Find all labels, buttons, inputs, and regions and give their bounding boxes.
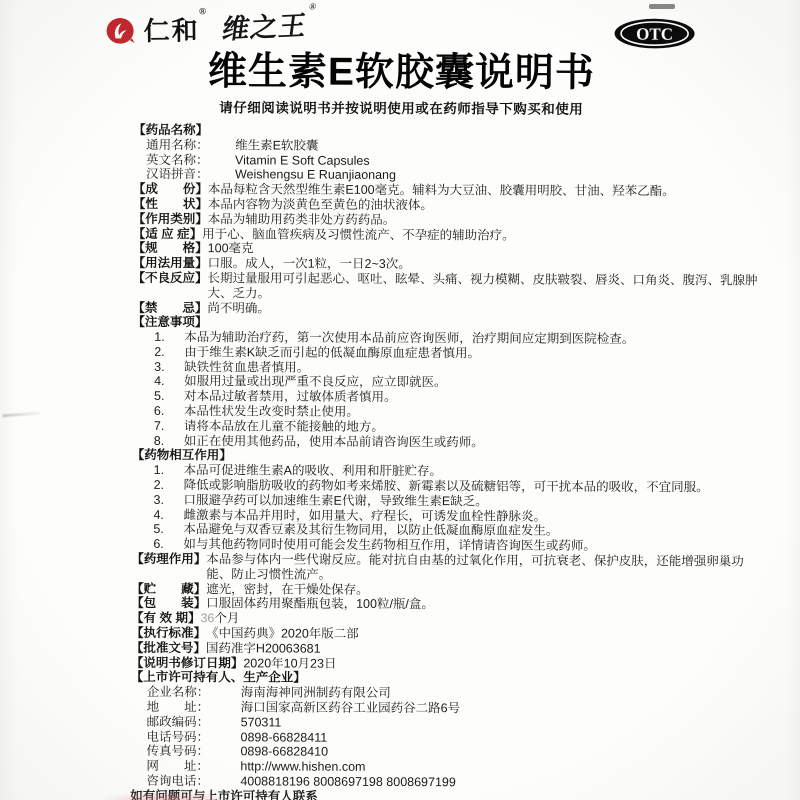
item-number: 4. [154,374,184,389]
line-text: http://www.hishen.com [240,760,365,775]
item-number: 3. [154,360,184,375]
item-number: 7. [154,419,184,434]
section-label: 【不良反应】 [132,271,207,286]
line-text: 100毫克 [208,241,254,256]
dim-text: 36 [200,611,214,626]
line-text: 尚不明确。 [207,301,270,316]
field-key: 网 址： [146,759,240,774]
item-number: 4. [153,508,183,523]
line-text: 海口国家高新区药谷工业园药谷二路6号 [241,700,461,716]
brand-weizhiwang-label: 维之王® [220,12,316,43]
section-label: 【适 应 症】 [133,226,203,241]
line-text: 口服固体药用聚酯瓶包装，100粒/瓶/盒。 [206,597,434,613]
line-text: 由于维生素K缺乏而引起的低凝血酶原血症患者慎用。 [184,345,480,361]
insert-sheet: 仁和® 维之王® OTC 维生素E软胶囊说明书 请仔细阅读说明书并按说明使用或在… [0,0,800,800]
section-label: 【包 装】 [131,596,206,611]
line-text: Weishengsu E Ruanjiaonang [235,168,396,183]
line-text: 如有问题可与上市许可持有人联系 [130,789,318,800]
section-label: 【药物相互作用】 [132,448,232,463]
line-text: 本品可促进维生素A的吸收、利用和肝脏贮存。 [184,463,442,479]
item-number: 1. [154,463,184,478]
item-number: 6. [154,404,184,419]
line-text: 本品为辅助用药类非处方药药品。 [208,212,396,228]
item-number: 3. [154,493,184,508]
section-label: 【性 状】 [133,197,208,212]
field-key: 地 址： [147,700,241,715]
page-title: 维生素E软胶囊说明书 [1,51,800,95]
field-key: 通用名称： [146,138,235,153]
line-text: 如服用过量或出现严重不良反应，应立即就医。 [184,375,447,391]
item-number: 6. [153,537,183,552]
item-number: 2. [154,345,184,360]
section-label: 【用法用量】 [133,256,208,271]
line-text: 个月 [214,611,239,626]
line-text: 用于心、脑血管疾病及习惯性流产、不孕症的辅助治疗。 [202,227,515,243]
field-key: 汉语拼音： [146,167,235,182]
line-text: 国药准字H20063681 [206,641,321,656]
field-key: 咨询电话： [146,774,240,789]
line-text: 本品性状发生改变时禁止使用。 [184,404,359,420]
otc-badge: OTC [614,18,696,49]
field-key: 邮政编码： [147,715,241,730]
line-text: 口服避孕药可以加速维生素E代谢，导致维生素E缺乏。 [184,493,488,509]
field-key: 英文名称： [146,152,235,167]
registered-mark-icon: ® [308,1,317,11]
section-label: 【执行标准】 [131,626,206,641]
item-number: 1. [154,330,184,345]
line-text: 海南海神同洲制药有限公司 [241,686,391,701]
item-number: 5. [154,389,184,404]
page-subtitle: 请仔细阅读说明书并按说明使用或在药师指导下购买和使用 [1,95,800,118]
section-label: 【注意事项】 [132,315,207,330]
section-label: 【作用类别】 [133,212,208,227]
field-key: 传真号码： [146,744,240,759]
insert-line-bold: 如有问题可与上市许可持有人联系 [130,789,760,800]
line-text: 570311 [241,715,282,730]
section-label: 【药理作用】 [131,552,206,567]
section-label: 【批准文号】 [131,641,206,656]
insert-lines: 【药品名称】通用名称：维生素E软胶囊英文名称：Vitamin E Soft Ca… [130,123,763,800]
line-text: 《中国药典》2020年版二部 [206,626,359,641]
insert-line-item: 8.如正在使用其他药品，使用本品前请咨询医生或药师。 [154,434,762,451]
line-text: 维生素E软胶囊 [235,138,318,153]
line-text: 2020年10月23日 [243,656,336,671]
section-label: 【成 份】 [133,182,208,197]
section-label: 【药品名称】 [133,123,208,138]
line-text: 本品内容物为淡黄色至黄色的油状液体。 [208,197,433,213]
section-label: 【禁 忌】 [132,300,207,315]
line-text: Vitamin E Soft Capsules [235,153,370,168]
section-label: 【上市许可持有人、生产企业】 [131,670,306,686]
line-text: 长期过量服用可引起恶心、呕吐、眩晕、头痛、视力模糊、皮肤皲裂、唇炎、口角炎、腹泻… [207,271,762,303]
registered-mark-icon: ® [199,6,208,16]
brand-logos: 仁和® 维之王® [105,15,314,47]
item-number: 2. [154,478,184,493]
otc-label: OTC [636,25,673,44]
section-label: 【有 效 期】 [131,611,201,626]
line-text: 请将本品放在儿童不能接触的地方。 [184,419,384,435]
renhe-logo-icon [105,17,137,46]
section-label: 【贮 藏】 [131,581,206,596]
field-key: 电话号码： [146,730,240,745]
item-number: 5. [153,522,183,537]
line-text: 0898-66828410 [240,745,328,760]
section-label: 【规 格】 [133,241,208,256]
brand-renhe-label: 仁和® [143,17,208,44]
section-label: 【说明书修订日期】 [131,655,244,670]
package-insert-scan: { "header": { "brand_renhe": "仁和", "bran… [0,0,800,800]
line-text: 口服。成人，一次1粒，一日2~3次。 [208,256,411,272]
item-number: 8. [154,434,184,449]
line-text: 对本品过敏者禁用，过敏体质者慎用。 [184,389,397,405]
line-text: 缺铁性贫血患者慎用。 [184,360,309,375]
line-text: 4008818196 8008697198 8008697199 [240,774,456,790]
insert-line-section: 【禁 忌】尚不明确。 [132,300,762,318]
line-text: 本品参与体内一些代谢反应。能对抗自由基的过氧化作用，可抗衰老、保护皮肤，还能增强… [206,552,761,584]
insert-line-section: 【不良反应】长期过量服用可引起恶心、呕吐、眩晕、头痛、视力模糊、皮肤皲裂、唇炎、… [132,271,762,303]
insert-line-section: 【药理作用】本品参与体内一些代谢反应。能对抗自由基的过氧化作用，可抗衰老、保护皮… [131,552,761,584]
field-key: 企业名称： [147,685,241,700]
line-text: 遮光，密封，在干燥处保存。 [206,582,369,598]
line-text: 0898-66828411 [240,730,327,745]
brand-row: 仁和® 维之王® OTC [2,0,800,50]
